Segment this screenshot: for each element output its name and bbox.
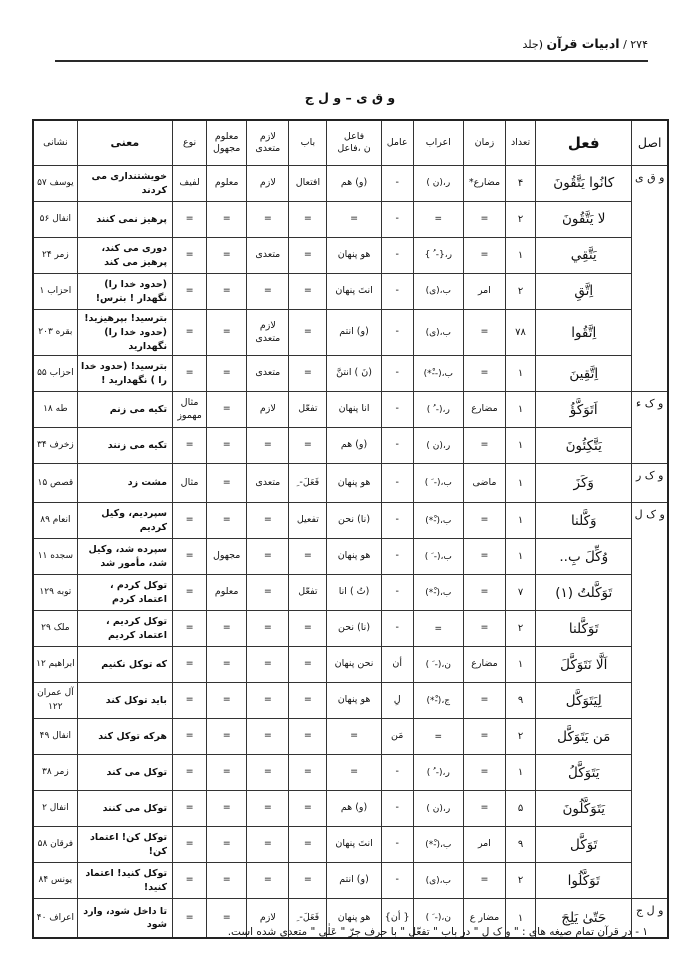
cell-no: = bbox=[173, 310, 207, 356]
cell-neshani: احزاب ۱ bbox=[33, 274, 77, 310]
cell-bab: = bbox=[289, 719, 327, 755]
cell-zaman: امر bbox=[463, 274, 505, 310]
cell-lazem: = bbox=[247, 274, 289, 310]
cell-bab: افتعال bbox=[289, 166, 327, 202]
cell-bab: = bbox=[289, 647, 327, 683]
cell-mani: هرکه توکل کند bbox=[77, 719, 172, 755]
table-row: و ک روَكَزَ۱ماضیب،(- َ )-هو پنهانفَعَلَ-… bbox=[33, 464, 668, 503]
cell-amel: - bbox=[381, 202, 413, 238]
cell-fel: اِتَّقُوا bbox=[536, 310, 632, 356]
cell-maloom: = bbox=[207, 274, 247, 310]
cell-fael: (نا) نحن bbox=[327, 503, 381, 539]
cell-fael: (نَ ) انتنَّ bbox=[327, 356, 381, 392]
cell-neshani: آل عمران ۱۲۲ bbox=[33, 683, 77, 719]
cell-amel: - bbox=[381, 392, 413, 428]
cell-fael: = bbox=[327, 202, 381, 238]
col-header-amel: عامل bbox=[381, 120, 413, 166]
cell-bab: = bbox=[289, 310, 327, 356]
cell-erab: ر،(ن ) bbox=[413, 428, 463, 464]
cell-erab: ر،{- ُ } bbox=[413, 238, 463, 274]
cell-neshani: انفال ۴۹ bbox=[33, 719, 77, 755]
cell-maloom: = bbox=[207, 863, 247, 899]
cell-tedad: ۱ bbox=[506, 356, 536, 392]
cell-amel: - bbox=[381, 428, 413, 464]
cell-zaman: امر bbox=[463, 827, 505, 863]
cell-zaman: = bbox=[463, 202, 505, 238]
cell-neshani: ملک ۲۹ bbox=[33, 611, 77, 647]
cell-fael: هو پنهان bbox=[327, 683, 381, 719]
cell-zaman: = bbox=[463, 611, 505, 647]
cell-zaman: مضارع* bbox=[463, 166, 505, 202]
cell-erab: ر،(- ُ ) bbox=[413, 755, 463, 791]
footnote: ۱ - در قرآن تمام صیغه های : " و ک ل " در… bbox=[52, 926, 648, 938]
cell-lazem: = bbox=[247, 755, 289, 791]
cell-zaman: = bbox=[463, 310, 505, 356]
cell-asl: و ک ر bbox=[632, 464, 668, 503]
cell-erab: = bbox=[413, 611, 463, 647]
cell-lazem: = bbox=[247, 719, 289, 755]
table-row: تَوَكَّلنا۲==-(نا) نحن====توکل کردیم ، ا… bbox=[33, 611, 668, 647]
cell-fel: لا يَتَّقُونَ bbox=[536, 202, 632, 238]
cell-lazem: متعدی bbox=[247, 356, 289, 392]
cell-fael: (و) هم bbox=[327, 166, 381, 202]
cell-no: = bbox=[173, 238, 207, 274]
cell-maloom: = bbox=[207, 428, 247, 464]
cell-tedad: ۲ bbox=[506, 611, 536, 647]
cell-no: = bbox=[173, 575, 207, 611]
cell-amel: - bbox=[381, 503, 413, 539]
table-row: لِيَتَوَكَّل۹=ج،(-ْ*)لِهو پنهان====باید … bbox=[33, 683, 668, 719]
verb-table: اصل فعل تعداد زمان اعراب عامل فاعل ن ،فا… bbox=[32, 119, 669, 939]
header-rule bbox=[55, 60, 648, 62]
cell-no: مثال bbox=[173, 464, 207, 503]
cell-amel: - bbox=[381, 575, 413, 611]
cell-lazem: = bbox=[247, 428, 289, 464]
cell-bab: فَعَلَ- ِ bbox=[289, 464, 327, 503]
cell-erab: ب،(ی) bbox=[413, 274, 463, 310]
table-row: تَوَكَّلتُ (۱)۷=ب،(-ْ*)-(تُ ) اناتفعّل=م… bbox=[33, 575, 668, 611]
cell-lazem: = bbox=[247, 791, 289, 827]
cell-erab: ن،(- َ ) bbox=[413, 647, 463, 683]
cell-no: = bbox=[173, 719, 207, 755]
cell-zaman: = bbox=[463, 719, 505, 755]
col-header-asl: اصل bbox=[632, 120, 668, 166]
section-title: و ق ی – و ل ج bbox=[0, 90, 700, 105]
cell-neshani: زمر ۳۸ bbox=[33, 755, 77, 791]
cell-bab: = bbox=[289, 238, 327, 274]
cell-amel: - bbox=[381, 791, 413, 827]
cell-lazem: = bbox=[247, 202, 289, 238]
cell-erab: = bbox=[413, 202, 463, 238]
cell-erab: ب،(ی) bbox=[413, 863, 463, 899]
cell-lazem: = bbox=[247, 503, 289, 539]
cell-bab: = bbox=[289, 755, 327, 791]
table-row: لا يَتَّقُونَ۲==-=====پرهیز نمی کنندانفا… bbox=[33, 202, 668, 238]
cell-mani: که توکل نکنیم bbox=[77, 647, 172, 683]
book-page: ۲۷۴ / ادبیات قرآن (جلد و ق ی – و ل ج اصل… bbox=[0, 0, 700, 966]
cell-erab: = bbox=[413, 719, 463, 755]
cell-maloom: = bbox=[207, 392, 247, 428]
cell-erab: ر،(ن ) bbox=[413, 791, 463, 827]
cell-amel: مَن bbox=[381, 719, 413, 755]
col-header-mani: معنی bbox=[77, 120, 172, 166]
cell-lazem: لازم bbox=[247, 392, 289, 428]
cell-no: = bbox=[173, 647, 207, 683]
table-row: اِتَّقِ۲امرب،(ی)-انتَ پنهان====(حدود خدا… bbox=[33, 274, 668, 310]
cell-no: = bbox=[173, 827, 207, 863]
cell-no: لفیف bbox=[173, 166, 207, 202]
cell-bab: تفعّل bbox=[289, 575, 327, 611]
cell-bab: = bbox=[289, 428, 327, 464]
cell-fel: يَتَوَكَّلُونَ bbox=[536, 791, 632, 827]
cell-fel: يَتَّقِي bbox=[536, 238, 632, 274]
cell-tedad: ۲ bbox=[506, 202, 536, 238]
cell-tedad: ۱ bbox=[506, 392, 536, 428]
cell-no: = bbox=[173, 611, 207, 647]
cell-amel: - bbox=[381, 238, 413, 274]
book-title: ادبیات قرآن bbox=[547, 36, 620, 51]
cell-zaman: = bbox=[463, 503, 505, 539]
cell-fel: اِتَّقِ bbox=[536, 274, 632, 310]
cell-amel: - bbox=[381, 755, 413, 791]
cell-fel: تَوَكَّلُوا bbox=[536, 863, 632, 899]
table-body: و ق یكانُوا يَتَّقُونَ۴مضارع*ر،(ن )-(و) … bbox=[33, 166, 668, 939]
cell-fael: = bbox=[327, 719, 381, 755]
cell-neshani: طه ۱۸ bbox=[33, 392, 77, 428]
cell-mani: خویشتنداری می کردند bbox=[77, 166, 172, 202]
cell-no: = bbox=[173, 202, 207, 238]
cell-no: = bbox=[173, 428, 207, 464]
cell-erab: ب،(-ْ*) bbox=[413, 575, 463, 611]
cell-mani: باید توکل کند bbox=[77, 683, 172, 719]
table-row: و ک ءاَتَوَكَّؤُ۱مضارعر،(- ُ )-انا پنهان… bbox=[33, 392, 668, 428]
cell-fael: هو پنهان bbox=[327, 238, 381, 274]
cell-tedad: ۱ bbox=[506, 755, 536, 791]
cell-fel: وَكَّلنا bbox=[536, 503, 632, 539]
cell-maloom: = bbox=[207, 683, 247, 719]
cell-fel: اِتَّقِينَ bbox=[536, 356, 632, 392]
cell-asl: و ک ء bbox=[632, 392, 668, 464]
cell-maloom: = bbox=[207, 356, 247, 392]
cell-amel: - bbox=[381, 863, 413, 899]
cell-lazem: = bbox=[247, 683, 289, 719]
cell-mani: توکل می کنند bbox=[77, 791, 172, 827]
cell-no: = bbox=[173, 274, 207, 310]
cell-no: مثال مهموز bbox=[173, 392, 207, 428]
table-row: و ک لوَكَّلنا۱=ب،(-ْ*)-(نا) نحنتفعيل===س… bbox=[33, 503, 668, 539]
cell-maloom: معلوم bbox=[207, 166, 247, 202]
table-row: يَتَوَكَّلُ۱=ر،(- ُ )-=====توکل می کندزم… bbox=[33, 755, 668, 791]
running-head-suffix: (جلد bbox=[523, 38, 544, 51]
cell-tedad: ۴ bbox=[506, 166, 536, 202]
cell-fael: (و) انتم bbox=[327, 863, 381, 899]
cell-mani: بترسید! (حدود خدا را ) نگهدارید ! bbox=[77, 356, 172, 392]
cell-fel: وَكَزَ bbox=[536, 464, 632, 503]
cell-fel: تَوَكَّل bbox=[536, 827, 632, 863]
cell-erab: ب،(- َ ) bbox=[413, 539, 463, 575]
cell-bab: = bbox=[289, 683, 327, 719]
cell-tedad: ۱ bbox=[506, 503, 536, 539]
col-header-erab: اعراب bbox=[413, 120, 463, 166]
cell-neshani: یونس ۸۴ bbox=[33, 863, 77, 899]
cell-zaman: = bbox=[463, 683, 505, 719]
cell-fel: كانُوا يَتَّقُونَ bbox=[536, 166, 632, 202]
cell-zaman: = bbox=[463, 238, 505, 274]
cell-lazem: = bbox=[247, 539, 289, 575]
cell-bab: = bbox=[289, 863, 327, 899]
cell-mani: بترسید! بپرهیزید! (حدود خدا را) نگهدارید bbox=[77, 310, 172, 356]
table-row: تَوَكَّلُوا۲=ب،(ی)-(و) انتم====توکل کنید… bbox=[33, 863, 668, 899]
cell-bab: تفعّل bbox=[289, 392, 327, 428]
table-row: وُكِّلَ بِ..۱=ب،(- َ )-هو پنهان==مجهول=س… bbox=[33, 539, 668, 575]
cell-lazem: متعدی bbox=[247, 238, 289, 274]
cell-zaman: = bbox=[463, 863, 505, 899]
page-number: ۲۷۴ / bbox=[623, 38, 648, 51]
cell-no: = bbox=[173, 503, 207, 539]
cell-maloom: = bbox=[207, 238, 247, 274]
cell-tedad: ۱ bbox=[506, 428, 536, 464]
cell-maloom: = bbox=[207, 647, 247, 683]
cell-fael: (و) هم bbox=[327, 428, 381, 464]
cell-tedad: ۷ bbox=[506, 575, 536, 611]
cell-tedad: ۵ bbox=[506, 791, 536, 827]
cell-mani: توکل کن! اعتماد کن! bbox=[77, 827, 172, 863]
cell-lazem: = bbox=[247, 647, 289, 683]
cell-asl: و ق ی bbox=[632, 166, 668, 392]
cell-mani: توکل می کند bbox=[77, 755, 172, 791]
cell-amel: - bbox=[381, 611, 413, 647]
cell-tedad: ۲ bbox=[506, 274, 536, 310]
cell-zaman: ماضی bbox=[463, 464, 505, 503]
col-header-lazem: لازم متعدی bbox=[247, 120, 289, 166]
cell-lazem: = bbox=[247, 863, 289, 899]
table-row: يَتَّقِي۱=ر،{- ُ }-هو پنهان=متعدی==دوری … bbox=[33, 238, 668, 274]
cell-fel: يَتَّكِئُونَ bbox=[536, 428, 632, 464]
col-header-bab: باب bbox=[289, 120, 327, 166]
cell-neshani: انفال ۵۶ bbox=[33, 202, 77, 238]
cell-bab: تفعيل bbox=[289, 503, 327, 539]
cell-fael: (تُ ) انا bbox=[327, 575, 381, 611]
cell-fael: (نا) نحن bbox=[327, 611, 381, 647]
cell-bab: = bbox=[289, 791, 327, 827]
cell-asl: و ک ل bbox=[632, 503, 668, 899]
cell-fel: وُكِّلَ بِ.. bbox=[536, 539, 632, 575]
cell-mani: تکیه می زنم bbox=[77, 392, 172, 428]
cell-maloom: = bbox=[207, 827, 247, 863]
cell-mani: سپرده شد، وکیل شد، مأمور شد bbox=[77, 539, 172, 575]
cell-erab: ب،(-ْ*) bbox=[413, 503, 463, 539]
cell-tedad: ۱ bbox=[506, 464, 536, 503]
cell-maloom: = bbox=[207, 719, 247, 755]
cell-maloom: = bbox=[207, 791, 247, 827]
cell-maloom: = bbox=[207, 503, 247, 539]
cell-amel: - bbox=[381, 166, 413, 202]
cell-amel: - bbox=[381, 464, 413, 503]
cell-no: = bbox=[173, 755, 207, 791]
cell-bab: = bbox=[289, 202, 327, 238]
cell-amel: لِ bbox=[381, 683, 413, 719]
cell-bab: = bbox=[289, 611, 327, 647]
cell-lazem: لازم متعدی bbox=[247, 310, 289, 356]
cell-zaman: = bbox=[463, 755, 505, 791]
cell-mani: (حدود خدا را) نگهدار ! بترس! bbox=[77, 274, 172, 310]
cell-fael: (و) انتم bbox=[327, 310, 381, 356]
cell-tedad: ۱ bbox=[506, 238, 536, 274]
cell-maloom: = bbox=[207, 611, 247, 647]
cell-no: = bbox=[173, 791, 207, 827]
cell-erab: ب،(ی) bbox=[413, 310, 463, 356]
cell-lazem: = bbox=[247, 827, 289, 863]
col-header-fel: فعل bbox=[536, 120, 632, 166]
cell-amel: - bbox=[381, 539, 413, 575]
cell-tedad: ۲ bbox=[506, 863, 536, 899]
cell-neshani: زخرف ۳۴ bbox=[33, 428, 77, 464]
cell-maloom: = bbox=[207, 755, 247, 791]
cell-mani: توکل کردم ، اعتماد کردم bbox=[77, 575, 172, 611]
table-row: تَوَكَّل۹امرب،(-ْ*)-انتَ پنهان====توکل ک… bbox=[33, 827, 668, 863]
cell-zaman: = bbox=[463, 539, 505, 575]
cell-zaman: مضارع bbox=[463, 647, 505, 683]
cell-mani: سپردیم، وکیل کردیم bbox=[77, 503, 172, 539]
cell-no: = bbox=[173, 863, 207, 899]
table-row: مَن يَتَوَكَّل۲==مَن=====هرکه توکل کندان… bbox=[33, 719, 668, 755]
cell-fael: نحن پنهان bbox=[327, 647, 381, 683]
cell-zaman: = bbox=[463, 575, 505, 611]
table-row: يَتَّكِئُونَ۱=ر،(ن )-(و) هم====تکیه می ز… bbox=[33, 428, 668, 464]
cell-no: = bbox=[173, 539, 207, 575]
cell-neshani: فرقان ۵۸ bbox=[33, 827, 77, 863]
cell-neshani: ابراهیم ۱۲ bbox=[33, 647, 77, 683]
cell-erab: ج،(-ْ*) bbox=[413, 683, 463, 719]
col-header-zaman: زمان bbox=[463, 120, 505, 166]
cell-mani: مشت زد bbox=[77, 464, 172, 503]
cell-fel: تَوَكَّلنا bbox=[536, 611, 632, 647]
cell-neshani: احزاب ۵۵ bbox=[33, 356, 77, 392]
cell-neshani: سجده ۱۱ bbox=[33, 539, 77, 575]
cell-zaman: = bbox=[463, 356, 505, 392]
cell-zaman: = bbox=[463, 791, 505, 827]
cell-fel: تَوَكَّلتُ (۱) bbox=[536, 575, 632, 611]
cell-erab: ب،(--ْ*) bbox=[413, 356, 463, 392]
cell-maloom: = bbox=[207, 464, 247, 503]
cell-bab: = bbox=[289, 827, 327, 863]
cell-fel: اَتَوَكَّؤُ bbox=[536, 392, 632, 428]
cell-amel: - bbox=[381, 827, 413, 863]
cell-fael: انا پنهان bbox=[327, 392, 381, 428]
cell-lazem: متعدی bbox=[247, 464, 289, 503]
cell-tedad: ۹ bbox=[506, 827, 536, 863]
cell-zaman: مضارع bbox=[463, 392, 505, 428]
cell-maloom: = bbox=[207, 202, 247, 238]
running-head: ۲۷۴ / ادبیات قرآن (جلد bbox=[523, 36, 648, 51]
cell-fael: = bbox=[327, 755, 381, 791]
table-row: اَلَّا نَتَوَكَّلَ۱مضارعن،(- َ )أننحن پن… bbox=[33, 647, 668, 683]
cell-fael: انتَ پنهان bbox=[327, 274, 381, 310]
cell-fael: هو پنهان bbox=[327, 539, 381, 575]
cell-no: = bbox=[173, 356, 207, 392]
cell-erab: ر،(ن ) bbox=[413, 166, 463, 202]
cell-bab: = bbox=[289, 539, 327, 575]
col-header-tedad: تعداد bbox=[506, 120, 536, 166]
cell-no: = bbox=[173, 683, 207, 719]
cell-erab: ب،(-ْ*) bbox=[413, 827, 463, 863]
cell-mani: دوری می کند، پرهیز می کند bbox=[77, 238, 172, 274]
cell-bab: = bbox=[289, 274, 327, 310]
cell-neshani: زمر ۲۴ bbox=[33, 238, 77, 274]
cell-erab: ر،(- ُ ) bbox=[413, 392, 463, 428]
cell-amel: - bbox=[381, 356, 413, 392]
cell-amel: - bbox=[381, 274, 413, 310]
cell-fel: اَلَّا نَتَوَكَّلَ bbox=[536, 647, 632, 683]
cell-fael: (و) هم bbox=[327, 791, 381, 827]
cell-tedad: ۲ bbox=[506, 719, 536, 755]
cell-neshani: انفال ۲ bbox=[33, 791, 77, 827]
cell-lazem: = bbox=[247, 575, 289, 611]
cell-neshani: انعام ۸۹ bbox=[33, 503, 77, 539]
cell-bab: = bbox=[289, 356, 327, 392]
cell-maloom: مجهول bbox=[207, 539, 247, 575]
table-row: و ق یكانُوا يَتَّقُونَ۴مضارع*ر،(ن )-(و) … bbox=[33, 166, 668, 202]
table-row: اِتَّقُوا۷۸=ب،(ی)-(و) انتم=لازم متعدی==ب… bbox=[33, 310, 668, 356]
cell-amel: أن bbox=[381, 647, 413, 683]
col-header-no: نوع bbox=[173, 120, 207, 166]
cell-tedad: ۹ bbox=[506, 683, 536, 719]
cell-fel: لِيَتَوَكَّل bbox=[536, 683, 632, 719]
col-header-neshani: نشانی bbox=[33, 120, 77, 166]
cell-maloom: معلوم bbox=[207, 575, 247, 611]
cell-zaman: = bbox=[463, 428, 505, 464]
cell-neshani: بقره ۲۰۳ bbox=[33, 310, 77, 356]
table-header-row: اصل فعل تعداد زمان اعراب عامل فاعل ن ،فا… bbox=[33, 120, 668, 166]
cell-fel: يَتَوَكَّلُ bbox=[536, 755, 632, 791]
cell-lazem: لازم bbox=[247, 166, 289, 202]
cell-fael: هو پنهان bbox=[327, 464, 381, 503]
cell-mani: تکیه می زنند bbox=[77, 428, 172, 464]
cell-fel: مَن يَتَوَكَّل bbox=[536, 719, 632, 755]
cell-tedad: ۱ bbox=[506, 647, 536, 683]
cell-maloom: = bbox=[207, 310, 247, 356]
cell-erab: ب،(- َ ) bbox=[413, 464, 463, 503]
cell-neshani: قصص ۱۵ bbox=[33, 464, 77, 503]
cell-mani: پرهیز نمی کنند bbox=[77, 202, 172, 238]
cell-amel: - bbox=[381, 310, 413, 356]
cell-fael: انتَ پنهان bbox=[327, 827, 381, 863]
col-header-maloom: معلوم مجهول bbox=[207, 120, 247, 166]
cell-neshani: توبه ۱۲۹ bbox=[33, 575, 77, 611]
cell-tedad: ۷۸ bbox=[506, 310, 536, 356]
cell-tedad: ۱ bbox=[506, 539, 536, 575]
cell-mani: توکل کنید! اعتماد کنید! bbox=[77, 863, 172, 899]
cell-mani: توکل کردیم ، اعتماد کردیم bbox=[77, 611, 172, 647]
col-header-fael: فاعل ن ،فاعل bbox=[327, 120, 381, 166]
cell-lazem: = bbox=[247, 611, 289, 647]
cell-neshani: یوسف ۵۷ bbox=[33, 166, 77, 202]
table-row: يَتَوَكَّلُونَ۵=ر،(ن )-(و) هم====توکل می… bbox=[33, 791, 668, 827]
table-row: اِتَّقِينَ۱=ب،(--ْ*)-(نَ ) انتنَّ=متعدی=… bbox=[33, 356, 668, 392]
